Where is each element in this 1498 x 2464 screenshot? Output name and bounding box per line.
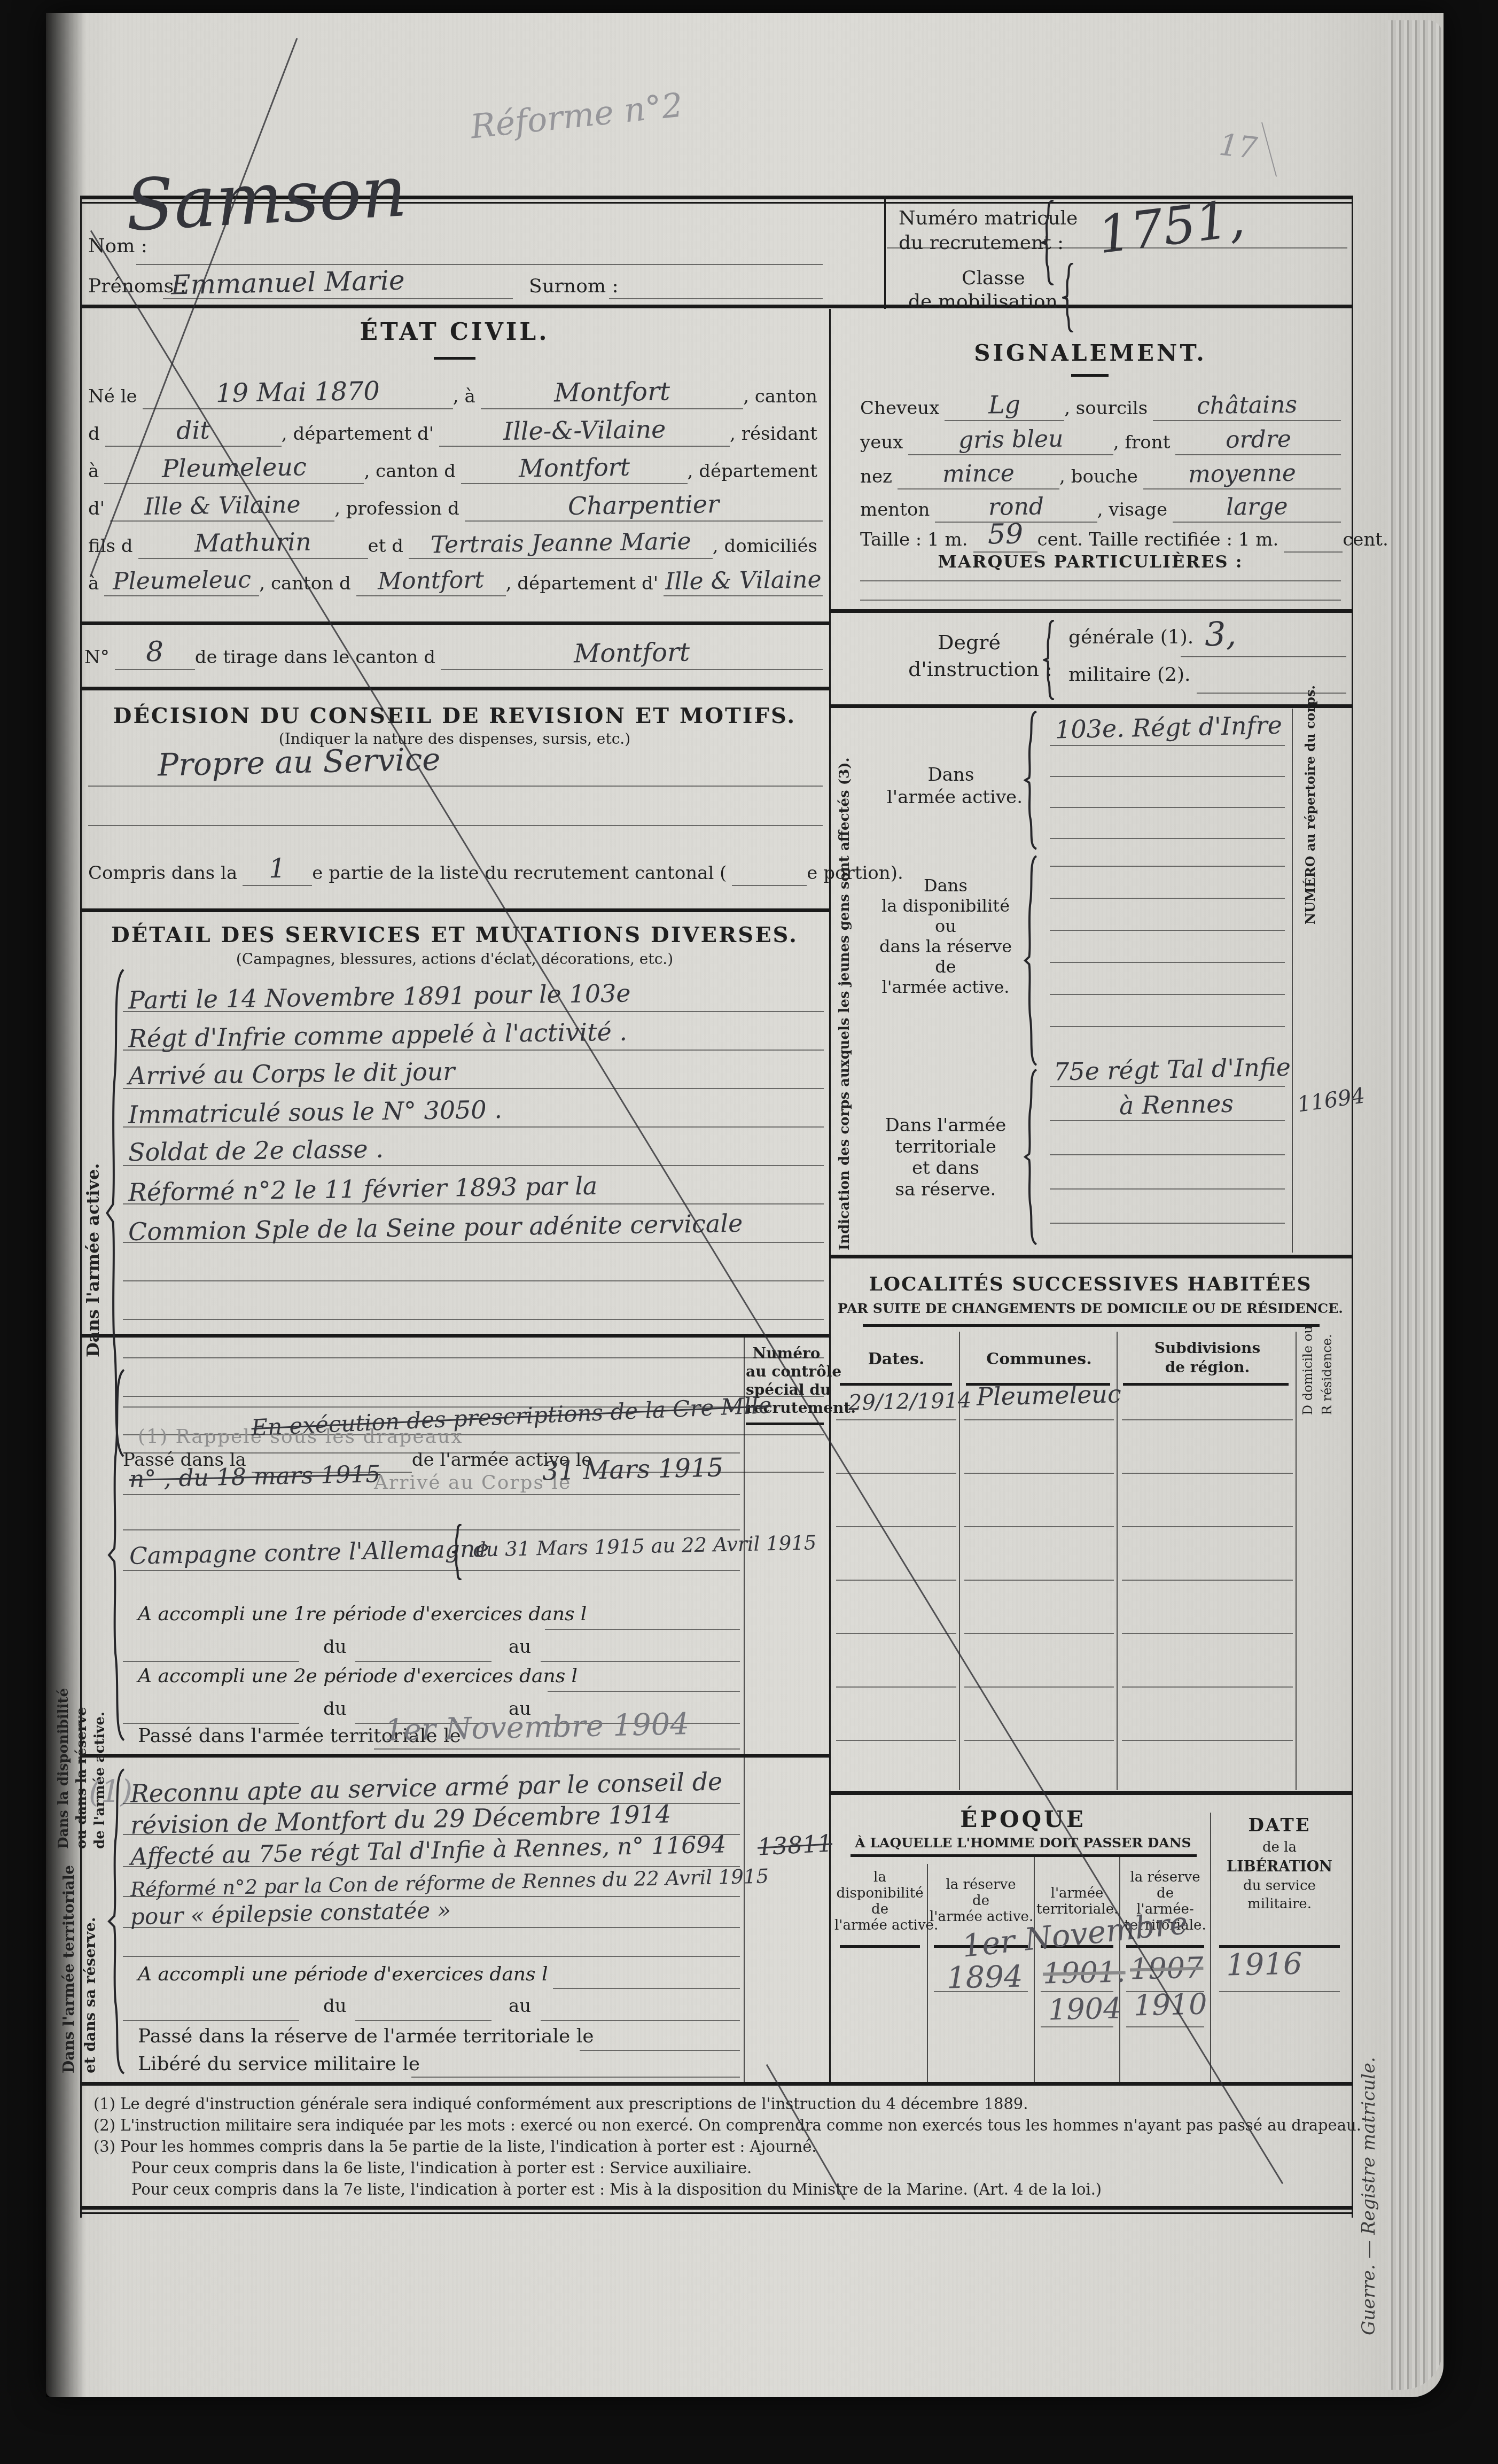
corps-dispo-label: Dans — [876, 875, 1015, 896]
col-subdivisions: Subdivisions — [1119, 1339, 1296, 1357]
epoque-col2: la réserve — [930, 1877, 1032, 1893]
rule-line — [609, 298, 823, 299]
rule-line — [1050, 866, 1285, 867]
tirage-number: 8 — [146, 636, 164, 668]
epoque-col2: de — [930, 1893, 1032, 1909]
rule-line — [88, 786, 823, 787]
divider — [80, 687, 829, 690]
service-line-empty — [123, 1320, 824, 1358]
decision-title: DÉCISION DU CONSEIL DE REVISION ET MOTIF… — [80, 703, 829, 728]
degre-militaire-label: militaire (2). — [1068, 664, 1191, 686]
service-line: Réformé n°2 le 11 février 1893 par la — [123, 1166, 824, 1204]
brace — [1024, 855, 1040, 1066]
title-dash — [1071, 374, 1109, 377]
rule-line — [1122, 1633, 1293, 1634]
passe-territoriale-value: 1er Novembre 1904 — [384, 1707, 689, 1748]
rule-line — [1050, 776, 1285, 777]
rule-line — [123, 1723, 299, 1724]
epoque-1916: 1916 — [1226, 1947, 1302, 1983]
hw-date-rappel: n° , du 18 mars 1915 — [129, 1460, 381, 1493]
rule-line — [1050, 962, 1285, 963]
rule-line — [1181, 656, 1346, 657]
periode2-label: A accompli une 2e période d'exercices da… — [138, 1665, 578, 1687]
rule-line — [1050, 1188, 1285, 1190]
rule-line — [123, 1927, 740, 1928]
ne-le-label: Né le — [88, 386, 143, 409]
epoque-col-line — [1210, 1813, 1211, 2082]
rule-line — [1126, 2026, 1204, 2027]
corps-terr-label: territoriale — [876, 1136, 1015, 1157]
rule-line — [964, 1580, 1114, 1581]
service-line: Arrivé au Corps le dit jour — [123, 1051, 824, 1089]
rule-line — [1122, 1526, 1293, 1527]
rule-line — [964, 1686, 1114, 1688]
rule-line — [1050, 1223, 1285, 1224]
brace — [1062, 263, 1076, 332]
header-rule — [746, 1423, 824, 1425]
rule-line — [123, 1494, 740, 1495]
du-label: du — [323, 1698, 347, 1720]
date-col-header: de la — [1213, 1839, 1346, 1855]
rule-line — [836, 1740, 956, 1741]
father-name: Mathurin — [194, 527, 311, 557]
rule-line — [88, 825, 823, 826]
controle-col-line — [744, 1336, 745, 2082]
footnote-2: (2) L'instruction militaire sera indiqué… — [93, 2116, 1361, 2134]
nez-value: mince — [942, 460, 1015, 488]
corps-terr-label: sa réserve. — [876, 1179, 1015, 1200]
header-rule — [840, 1945, 920, 1948]
epoque-title: ÉPOQUE — [833, 1806, 1213, 1832]
rule-line — [411, 2077, 740, 2078]
services-lines: Parti le 14 Novembre 1891 pour le 103e R… — [123, 974, 824, 1435]
date-col-header: LIBÉRATION — [1213, 1859, 1346, 1875]
brace — [452, 1524, 464, 1580]
degre-generale-label: générale (1). — [1068, 626, 1193, 648]
corps-active-label2: l'armée active. — [887, 787, 1015, 808]
corps-terr-label: et dans — [876, 1157, 1015, 1179]
birth-place: Montfort — [553, 376, 670, 408]
service-line: Soldat de 2e classe . — [123, 1128, 824, 1166]
departement-3: Ille & Vilaine — [665, 566, 821, 595]
frame-right — [1352, 196, 1353, 2218]
hw-arrive-date: 31 Mars 1915 — [542, 1452, 723, 1486]
rule-line — [1050, 838, 1285, 839]
service-line: Parti le 14 Novembre 1891 pour le 103e — [123, 974, 824, 1012]
decision-subtitle: (Indiquer la nature des dispenses, sursi… — [80, 730, 829, 748]
surnom-label: Surnom : — [529, 275, 619, 297]
taille-value: 59 — [987, 518, 1023, 551]
brace — [1041, 200, 1057, 285]
col-subdivisions2: de région. — [1119, 1358, 1296, 1376]
libere-label: Libéré du service militaire le — [138, 2053, 420, 2075]
corps-dispo-label: l'armée active. — [876, 977, 1015, 997]
rule-line — [1041, 2026, 1113, 2027]
rule-line — [1219, 1991, 1340, 1992]
rule-line — [1050, 898, 1285, 899]
margin-label-terr: et dans sa réserve. — [81, 1774, 99, 2073]
service-line: Commion Sple de la Seine pour adénite ce… — [123, 1204, 824, 1243]
rule-line — [548, 1691, 740, 1692]
rule-line — [836, 1580, 956, 1581]
classe-label2: de mobilisation : — [908, 291, 1071, 313]
dr-vertical-label: D domicile ou — [1300, 1276, 1315, 1415]
nom-label: Nom : — [88, 235, 147, 257]
domicile-canton: Montfort — [378, 566, 485, 595]
rule-line — [1197, 693, 1346, 694]
divider — [829, 1791, 1352, 1795]
rule-line — [163, 298, 513, 299]
rule-line — [964, 1740, 1114, 1741]
sig-row-2: yeux gris bleu , front ordre — [860, 423, 1341, 455]
menton-value: rond — [988, 493, 1044, 520]
footnote-4: Pour ceux compris dans la 6e liste, l'in… — [131, 2159, 752, 2177]
epoque-col-line — [927, 1864, 928, 2082]
service-line: Régt d'Infrie comme appelé à l'activité … — [123, 1012, 824, 1051]
epoque-1894: 1894 — [946, 1960, 1023, 1996]
epoque-col1: disponibilité — [834, 1885, 925, 1901]
localites-col-line — [1296, 1332, 1297, 1790]
localites-subtitle: PAR SUITE DE CHANGEMENTS DE DOMICILE OU … — [829, 1301, 1352, 1316]
struck-number: 13811 — [757, 1830, 833, 1861]
prenoms-value: Emmanuel Marie — [170, 265, 405, 300]
etat-row-5: fils d Mathurin et d Tertrais Jeanne Mar… — [88, 524, 823, 559]
col-dates: Dates. — [833, 1350, 959, 1369]
rule-line — [934, 1991, 1028, 1992]
domicile: Pleumeleuc — [112, 566, 251, 595]
etat-row-2: d dit , département d' Ille-&-Vilaine , … — [88, 411, 823, 447]
rule-line — [887, 247, 1347, 248]
etat-row-3: à Pleumeleuc , canton d Montfort , dépar… — [88, 449, 823, 484]
compris-value: 1 — [269, 853, 286, 884]
corps-active-value: 103e. Régt d'Infre — [1055, 711, 1282, 744]
rule-line — [836, 1473, 956, 1474]
divider — [80, 621, 829, 625]
footnote-5: Pour ceux compris dans la 7e liste, l'in… — [131, 2180, 1102, 2198]
divider — [80, 1754, 829, 1758]
rule-line — [964, 1526, 1114, 1527]
passe-reserve-terr-label: Passé dans la réserve de l'armée territo… — [138, 2025, 594, 2047]
sig-row-4: menton rond , visage large — [860, 491, 1341, 523]
scanned-military-register-page: { "pencil":{"reform":"Réforme n°2","corn… — [0, 0, 1498, 2464]
scallop-rule — [851, 1854, 1197, 1857]
localites-title: LOCALITÉS SUCCESSIVES HABITÉES — [829, 1273, 1352, 1295]
rule-line — [123, 2020, 299, 2021]
rule-line — [1050, 1026, 1285, 1027]
corps-active-label: Dans — [887, 764, 1015, 786]
sig-row-3: nez mince , bouche moyenne — [860, 457, 1341, 489]
birth-date: 19 Mai 1870 — [215, 376, 380, 408]
periode1-label: A accompli une 1re période d'exercices d… — [138, 1603, 587, 1625]
rule-line — [1050, 994, 1285, 995]
rule-line — [545, 1629, 740, 1630]
rule-line — [836, 1419, 956, 1420]
signalement-title: SIGNALEMENT. — [829, 340, 1352, 366]
etat-row-1: Né le 19 Mai 1870 , à Montfort , canton — [88, 374, 823, 409]
rule-line — [1050, 1086, 1285, 1087]
rule-line — [1122, 1473, 1293, 1474]
cheveux-value: Lg — [988, 390, 1021, 419]
marques-title: MARQUES PARTICULIÈRES : — [829, 551, 1352, 572]
margin-label-armee-active: Dans l'armée active. — [83, 1079, 103, 1357]
sig-row-1: Cheveux Lg , sourcils châtains — [860, 389, 1341, 421]
rule-line — [1050, 1154, 1285, 1155]
service-line-empty — [123, 1281, 824, 1320]
controle-col-header: Numéro — [746, 1344, 827, 1362]
au-label: au — [509, 1995, 531, 2017]
corps-dispo-label: de — [876, 957, 1015, 977]
rule-line — [123, 1570, 740, 1571]
sourcils-value: châtains — [1197, 391, 1298, 420]
frame-under-header — [80, 305, 1353, 308]
rule-line — [355, 2020, 491, 2021]
epoque-1910: 1910 — [1133, 1987, 1207, 2023]
visage-value: large — [1226, 493, 1288, 521]
rule-line — [1122, 1686, 1293, 1688]
front-value: ordre — [1225, 425, 1291, 454]
footnote-1: (1) Le degré d'instruction générale sera… — [93, 2095, 1028, 2113]
services-subtitle: (Campagnes, blessures, actions d'éclat, … — [80, 950, 829, 968]
profession: Charpentier — [568, 489, 720, 520]
epoque-1907-struck: 1907 — [1129, 1951, 1204, 1986]
repertoire-vertical-label: NUMÉRO au répertoire du corps. — [1302, 727, 1318, 924]
rule-line — [123, 1956, 740, 1957]
degre-generale-value: 3, — [1204, 614, 1237, 654]
tirage-canton: Montfort — [574, 637, 690, 669]
scallop-rule — [863, 1324, 1320, 1327]
epoque-col1: de — [834, 1901, 925, 1917]
rule-line — [541, 2020, 740, 2021]
header-rule — [1123, 1383, 1289, 1386]
departement-1: Ille-&-Vilaine — [503, 415, 666, 446]
rule-line — [1122, 1740, 1293, 1741]
header-box-left — [884, 196, 886, 309]
residence-canton: Montfort — [518, 453, 630, 483]
etat-row-6: à Pleumeleuc , canton d Montfort , dépar… — [88, 561, 823, 596]
rule-line — [123, 1529, 740, 1530]
matricule-label2: du recrutement : — [899, 232, 1064, 254]
rule-line — [1050, 930, 1285, 931]
rule-line — [836, 1526, 956, 1527]
degre-label-2: d'instruction : — [908, 657, 1052, 681]
epoque-col4: la réserve — [1122, 1869, 1208, 1885]
rule-line — [1050, 1120, 1285, 1121]
du-label: du — [323, 1636, 347, 1658]
pencil-page-number: 17 — [1218, 127, 1259, 166]
header-rule — [840, 1383, 952, 1386]
localite-date: 29/12/1914 — [848, 1388, 972, 1416]
footnote-top-rule — [80, 2082, 1353, 2086]
mother-name: Tertrais Jeanne Marie — [430, 528, 691, 559]
rule-line — [964, 1473, 1114, 1474]
rule-line — [836, 1686, 956, 1688]
periode-label: A accompli une période d'exercices dans … — [138, 1963, 548, 1985]
au-label: au — [509, 1636, 531, 1658]
rule-line — [964, 1419, 1114, 1420]
sig-row-taille: Taille : 1 m. 59 cent. Taille rectifiée … — [860, 522, 1344, 553]
du-label: du — [323, 1995, 347, 2017]
page-stack-edge — [1388, 20, 1442, 2390]
divider — [80, 908, 829, 912]
epoque-col1: la — [834, 1869, 925, 1885]
compris-row: Compris dans la 1 e partie de la liste d… — [88, 855, 823, 886]
corps-dispo-label: ou — [876, 916, 1015, 936]
footnote-3: (3) Pour les hommes compris dans la 5e p… — [93, 2137, 817, 2156]
dr-vertical-label2: R résidence. — [1320, 1276, 1335, 1415]
rule-line — [964, 1633, 1114, 1634]
brace — [1043, 620, 1057, 700]
rule-line — [136, 264, 823, 265]
title-dash — [434, 357, 475, 360]
date-col-header: DATE — [1213, 1815, 1346, 1836]
rule-line — [355, 1661, 491, 1662]
service-line-empty — [123, 1358, 824, 1397]
side-label-guerre: Guerre. — Registre matricule. — [1358, 1966, 1379, 2335]
epoque-subtitle: À LAQUELLE L'HOMME DOIT PASSER DANS — [833, 1835, 1213, 1851]
rule-line — [123, 1661, 299, 1662]
localite-commune: Pleumeleuc — [976, 1379, 1121, 1411]
etat-row-4: d' Ille & Vilaine , profession d Charpen… — [88, 486, 823, 522]
epoque-col4: de — [1122, 1885, 1208, 1901]
brace — [1024, 711, 1040, 850]
brace — [107, 1768, 128, 2075]
divider — [829, 1255, 1352, 1258]
tirage-row: N° 8 de tirage dans le canton d Montfort — [84, 637, 823, 670]
rule-line — [541, 1661, 740, 1662]
frame-bottom — [80, 2206, 1353, 2214]
epoque-col-line — [1034, 1854, 1035, 2082]
rule-line — [580, 2050, 740, 2051]
corps-dispo-label: dans la réserve — [876, 936, 1015, 957]
corps-vertical-label: Indication des corps auxquels les jeunes… — [837, 721, 853, 1250]
name-script: Samson — [123, 150, 409, 247]
rule-line — [860, 580, 1341, 581]
services-title: DÉTAIL DES SERVICES ET MUTATIONS DIVERSE… — [80, 922, 829, 947]
rule-line — [374, 1748, 740, 1750]
corps-dispo-label: la disponibilité — [876, 896, 1015, 916]
classe-label: Classe — [962, 267, 1025, 289]
margin-label-terr: Dans l'armée territoriale — [60, 1774, 77, 2073]
brace — [107, 1368, 128, 1742]
etat-civil-title: ÉTAT CIVIL. — [80, 318, 829, 346]
frame-center — [829, 309, 831, 2082]
repertoire-col-line — [1292, 709, 1293, 1253]
yeux-value: gris bleu — [958, 425, 1064, 454]
rule-line — [553, 1988, 740, 1989]
corps-terr-label: Dans l'armée — [876, 1115, 1015, 1136]
corps-terr-value2: à Rennes — [1119, 1089, 1234, 1120]
service-line-empty — [123, 1243, 824, 1281]
stamp-arrive-corps: Arrivé au Corps le — [374, 1472, 571, 1494]
departement-2: Ille & Vilaine — [144, 491, 301, 520]
epoque-1901-struck: 1901. — [1042, 1955, 1126, 1990]
rule-line — [1050, 745, 1285, 746]
epoque-1904: 1904 — [1048, 1992, 1122, 2027]
divider — [829, 704, 1352, 708]
col-communes: Communes. — [962, 1350, 1117, 1369]
corps-terr-value: 75e régt Tal d'Infie — [1053, 1052, 1291, 1086]
service-line: Immatriculé sous le N° 3050 . — [123, 1089, 824, 1128]
rule-line — [836, 1633, 956, 1634]
degre-label-1: Degré — [938, 631, 1001, 654]
brace — [1024, 1069, 1040, 1245]
decision-value: Propre au Service — [157, 741, 441, 783]
epoque-col1: l'armée active. — [834, 1917, 925, 1933]
divider — [829, 609, 1352, 613]
rule-line — [860, 600, 1341, 601]
rule-line — [123, 1452, 740, 1453]
rule-line — [1122, 1419, 1293, 1420]
date-col-header: militaire. — [1213, 1896, 1346, 1912]
rule-line — [1050, 807, 1285, 808]
date-col-header: du service — [1213, 1878, 1346, 1894]
bouche-value: moyenne — [1188, 460, 1297, 488]
rule-line — [1122, 1580, 1293, 1581]
